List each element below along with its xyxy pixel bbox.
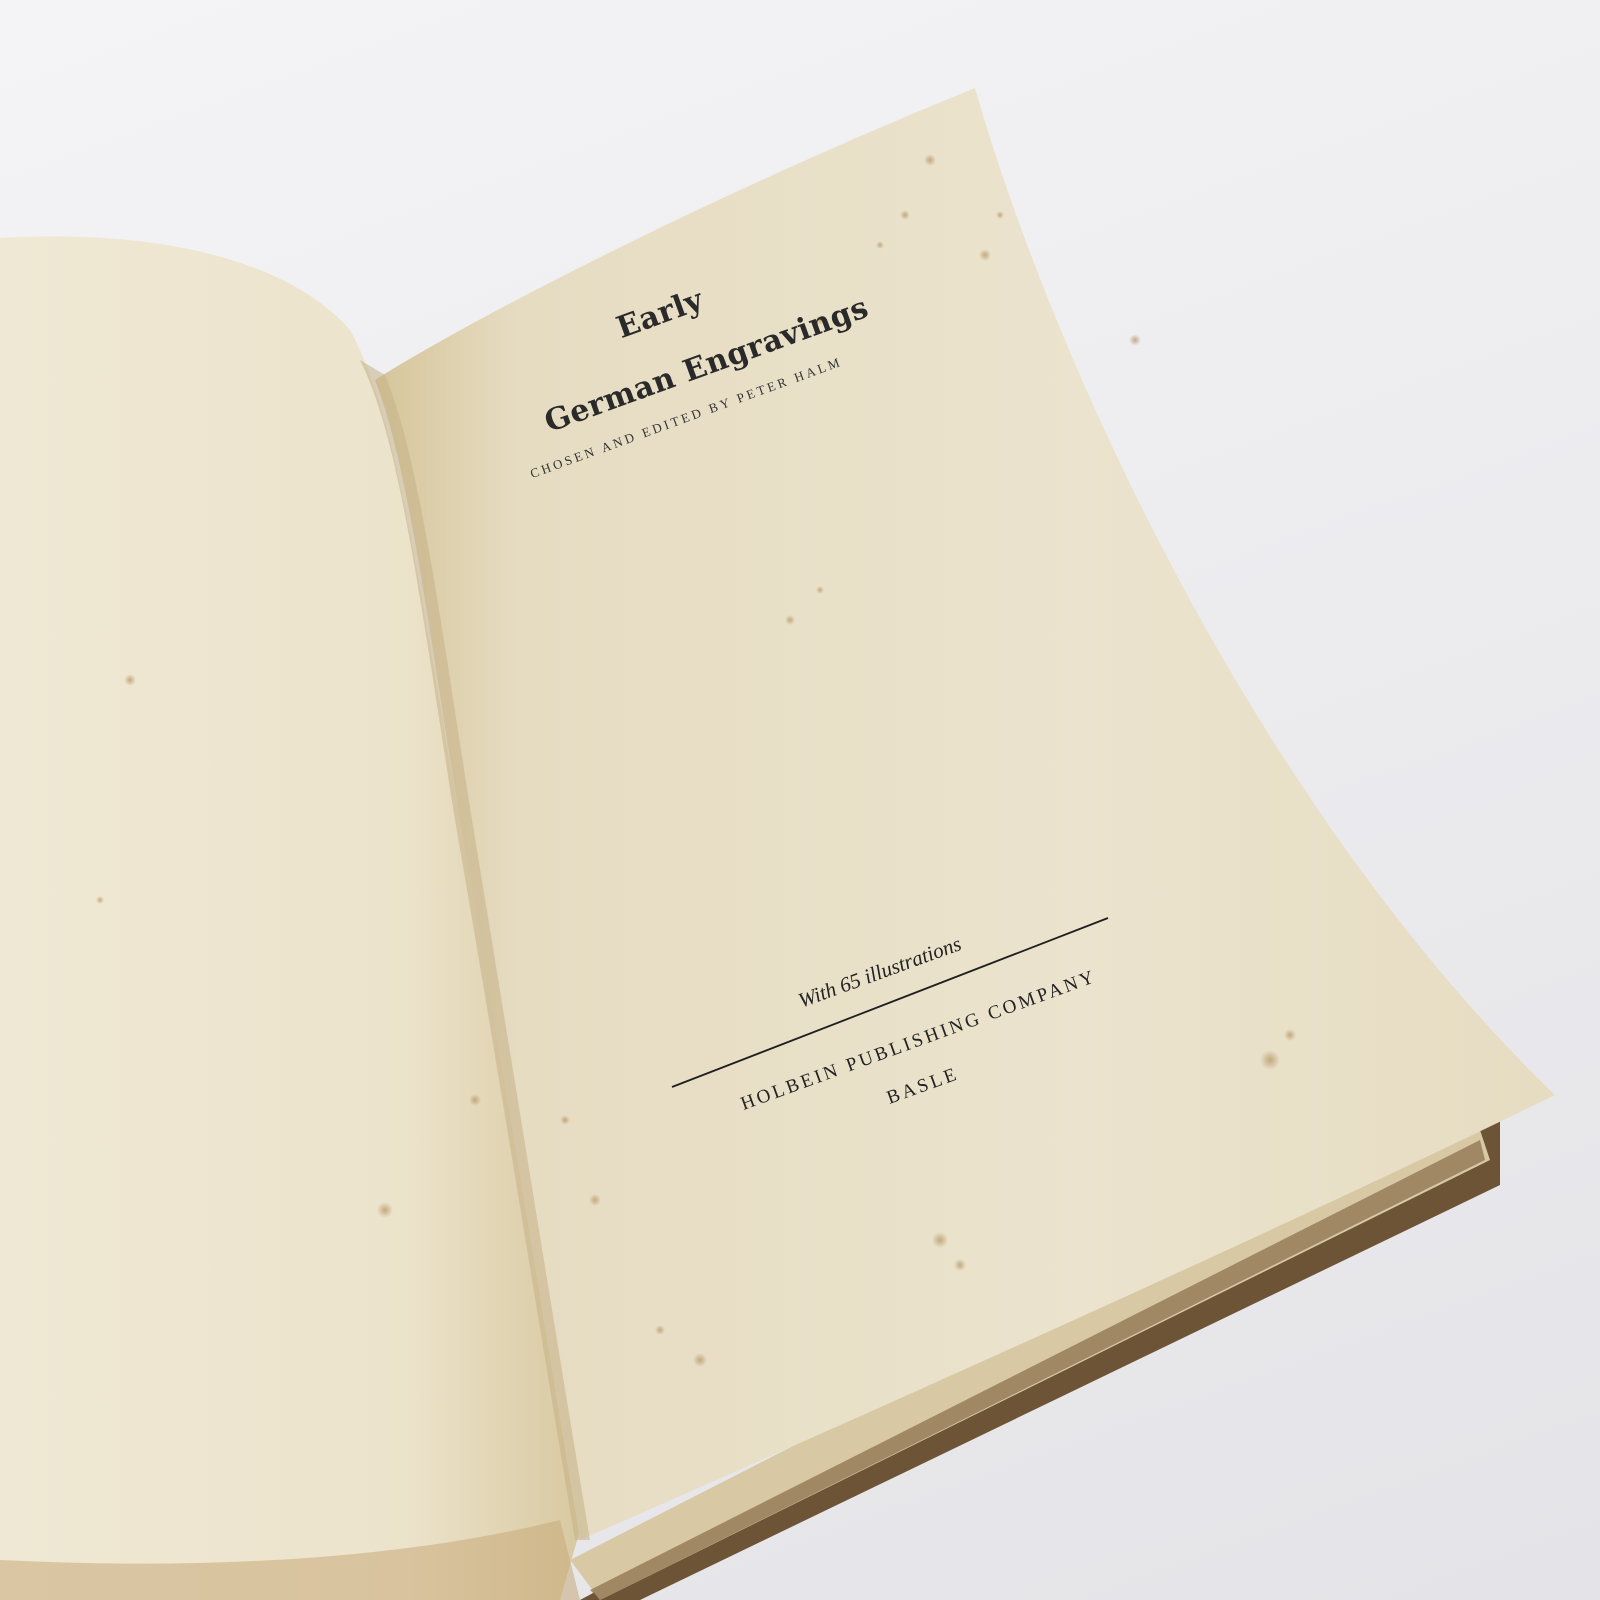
- illustrations-note: With 65 illustrations: [795, 931, 965, 1013]
- title-page-text: Early German Engravings CHOSEN AND EDITE…: [0, 0, 1600, 1600]
- photo-scene: Early German Engravings CHOSEN AND EDITE…: [0, 0, 1600, 1600]
- title-line-1: Early: [612, 282, 708, 345]
- publisher-city: BASLE: [884, 1063, 962, 1109]
